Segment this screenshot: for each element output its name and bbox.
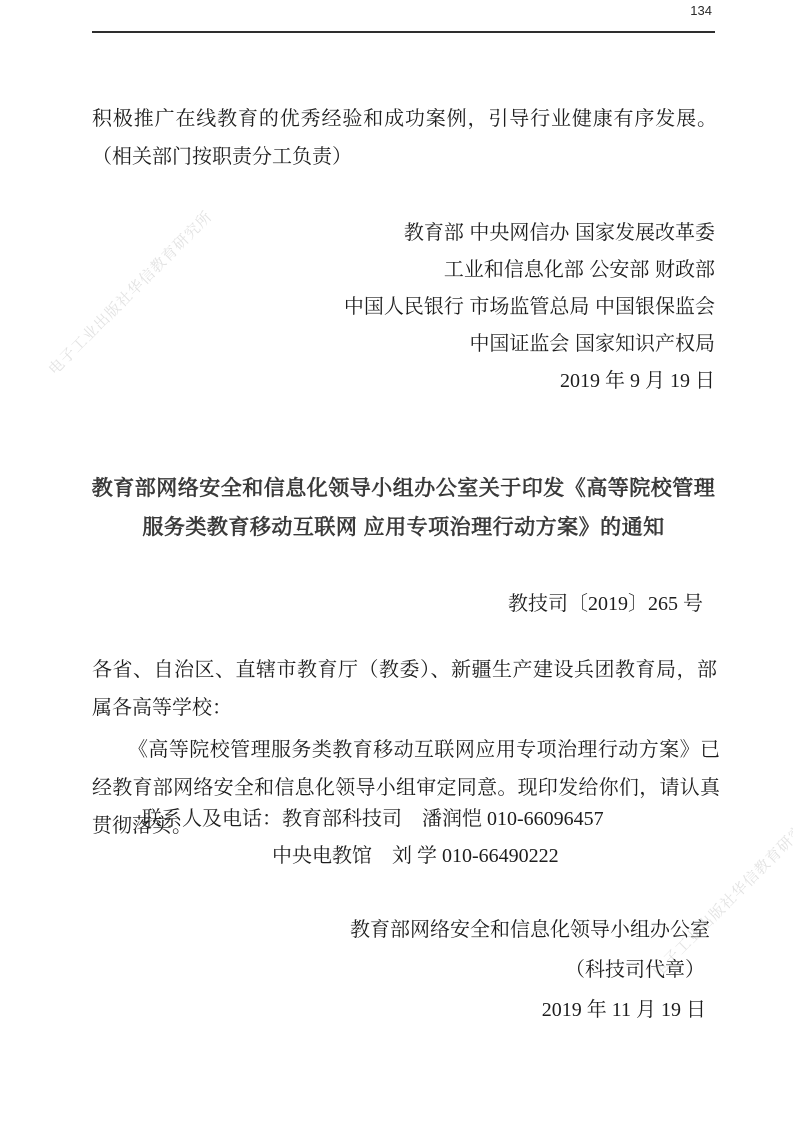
issuer-date: 2019 年 9 月 19 日: [92, 363, 715, 400]
issuer-line: 中国证监会 国家知识产权局: [92, 326, 715, 363]
issuer-line: 教育部 中央网信办 国家发展改革委: [92, 215, 715, 252]
document-page: 134 电子工业出版社华信教育研究所 电子工业出版社华信教育研究所 积极推广在线…: [0, 0, 793, 1122]
signature-org: 教育部网络安全和信息化领导小组办公室: [92, 910, 710, 950]
notice-title: 教育部网络安全和信息化领导小组办公室关于印发《高等院校管理服务类教育移动互联网 …: [85, 469, 722, 547]
issuer-signoff-block: 教育部 中央网信办 国家发展改革委 工业和信息化部 公安部 财政部 中国人民银行…: [92, 215, 715, 400]
issuer-line: 工业和信息化部 公安部 财政部: [92, 252, 715, 289]
contact-line-2: 中央电教馆 刘 学 010-66490222: [272, 843, 559, 869]
seal-note: （科技司代章）: [92, 950, 710, 990]
document-reference-number: 教技司〔2019〕265 号: [92, 585, 703, 623]
issuer-line: 中国人民银行 市场监管总局 中国银保监会: [92, 289, 715, 326]
header-rule: [92, 31, 715, 33]
signature-block: 教育部网络安全和信息化领导小组办公室 （科技司代章） 2019 年 11 月 1…: [92, 910, 710, 1030]
page-number: 134: [690, 3, 712, 18]
paragraph-continuation: 积极推广在线教育的优秀经验和成功案例，引导行业健康有序发展。（相关部门按职责分工…: [92, 100, 717, 176]
salutation: 各省、自治区、直辖市教育厅（教委）、新疆生产建设兵团教育局，部属各高等学校：: [92, 651, 717, 727]
contact-line-1: 联系人及电话：教育部科技司 潘润恺 010-66096457: [142, 806, 604, 832]
signature-date: 2019 年 11 月 19 日: [92, 990, 710, 1030]
